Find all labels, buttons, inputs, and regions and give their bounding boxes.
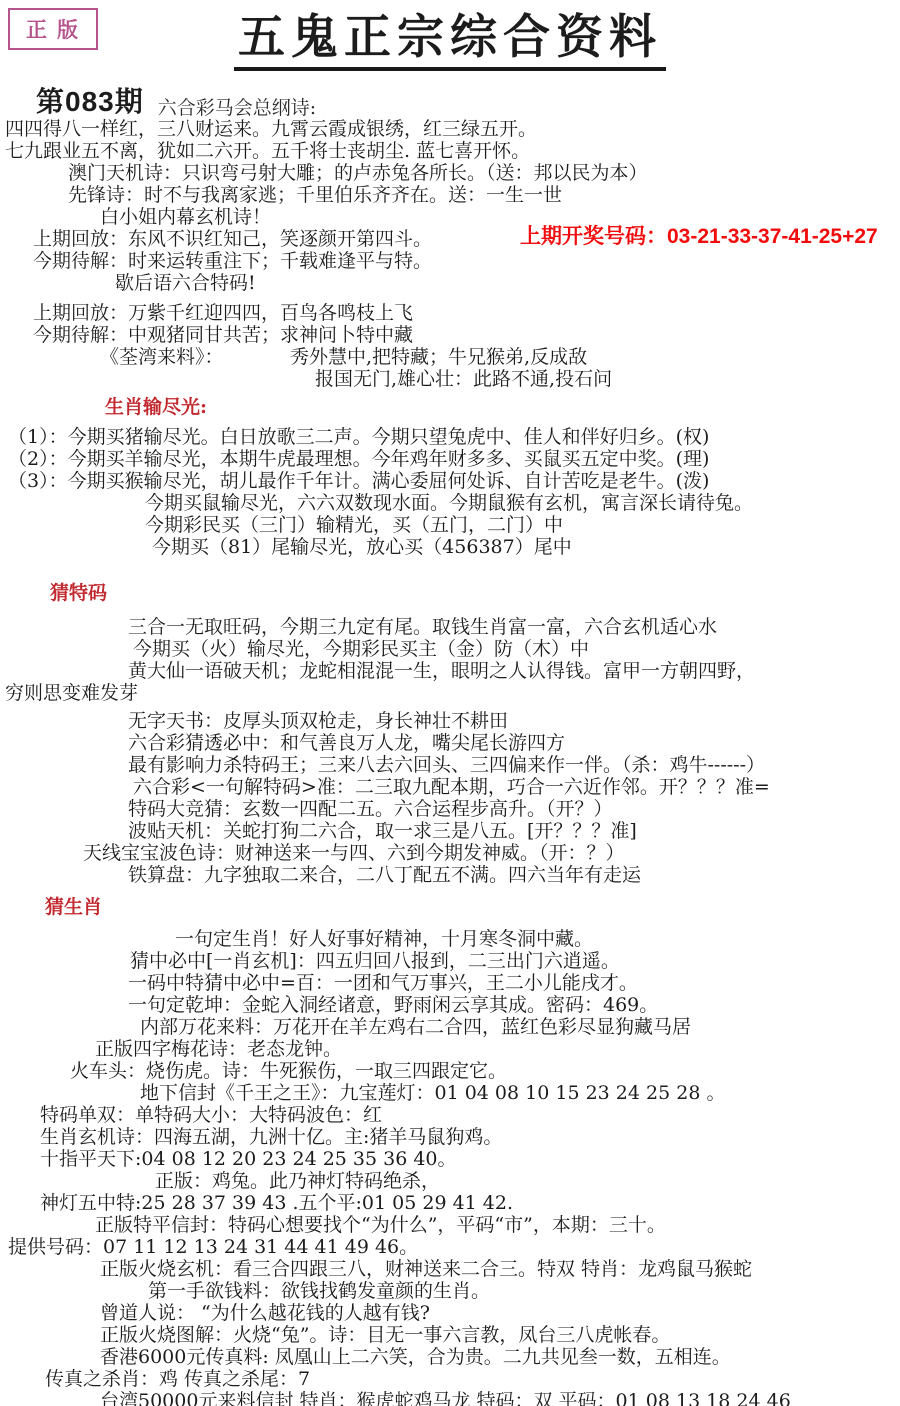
text-line: 三合一无取旺码，今期三九定有尾。取钱生肖富一富，六合玄机适心水	[0, 616, 900, 638]
text-line: 正版火烧玄机：看三合四跟三八，财神送来二合三。特双 特肖：龙鸡鼠马猴蛇	[0, 1258, 900, 1280]
text-line: 一句定乾坤：金蛇入洞经诸意，野雨闲云享其成。密码：469。	[0, 994, 900, 1016]
text-line: 正版火烧图解：火烧“兔”。诗：目无一事六言教，凤台三八虎帐春。	[0, 1324, 900, 1346]
text-line: 澳门天机诗：只识弯弓射大雕；的卢赤兔各所长。（送：邦以民为本）	[0, 162, 900, 184]
text-line: 今期买鼠输尽光，六六双数现水面。今期鼠猴有玄机，寓言深长请待兔。	[0, 492, 900, 514]
text-line: 正版四字梅花诗：老态龙钟。	[0, 1038, 900, 1060]
header: 五鬼正宗综合资料	[0, 0, 900, 88]
text-line: 正版：鸡兔。此乃神灯特码绝杀，	[0, 1170, 900, 1192]
text-line: 上期回放：东风不识红知己，笑逐颜开第四斗。上期开奖号码：03-21-33-37-…	[0, 228, 900, 250]
text-line: 今期待解：中观猪同甘共苦；求神问卜特中藏	[0, 324, 900, 346]
text-line: 六合彩<一句解特码>准：二三取九配本期，巧合一六近作邻。开？？？准=	[0, 776, 900, 798]
last-draw-numbers: 上期开奖号码：03-21-33-37-41-25+27	[520, 226, 878, 248]
issue-intro-label: 六合彩马会总纲诗:	[158, 93, 316, 120]
text-line: 一码中特猜中必中=百：一团和气万事兴，王二小儿能戌才。	[0, 972, 900, 994]
text-line: 特码大竞猜：玄数一四配二五。六合运程步高升。（开？）	[0, 798, 900, 820]
text-line: 先锋诗：时不与我离家逃；千里伯乐齐齐在。送：一生一世	[0, 184, 900, 206]
section-heading: 猜生肖	[0, 896, 900, 918]
text-line: 《荃湾来料》： 秀外慧中,把特藏；牛兄猴弟,反成敌	[0, 346, 900, 368]
text-line: 波贴天机：关蛇打狗二六合，取一求三是八五。[开？？？准]	[0, 820, 900, 842]
issue-row: 第083期 六合彩马会总纲诗:	[0, 80, 900, 114]
text-line: （3）：今期买猴输尽光，胡儿最作千年计。满心委屈何处诉、自计苦吃是老牛。(泼)	[0, 470, 900, 492]
text-line: 特码单双：单特码大小：大特码波色：红	[0, 1104, 900, 1126]
text-line: 十指平天下:04 08 12 20 23 24 25 35 36 40。	[0, 1148, 900, 1170]
text-line: 黄大仙一语破天机；龙蛇相混混一生，眼明之人认得钱。富甲一方朝四野，	[0, 660, 900, 682]
text-line: 天线宝宝波色诗：财神送来一与四、六到今期发神威。（开：？）	[0, 842, 900, 864]
text-line: 猜中必中[一肖玄机]：四五归回八报到，二三出门六逍遥。	[0, 950, 900, 972]
text-line: 生肖玄机诗：四海五湖，九洲十亿。主:猪羊马鼠狗鸡。	[0, 1126, 900, 1148]
text-line: 最有影响力杀特码王；三来八去六回头、三四偏来作一伴。（杀：鸡牛------）	[0, 754, 900, 776]
text-line: 传真之杀肖：鸡 传真之杀尾：7	[0, 1368, 900, 1390]
text-line: 内部万花来料：万花开在羊左鸡右二合四，蓝红色彩尽显狗藏马居	[0, 1016, 900, 1038]
text-line: 今期买（81）尾输尽光，放心买（456387）尾中	[0, 536, 900, 558]
text-line: 火车头：烧伤虎。诗：牛死猴伤，一取三四跟定它。	[0, 1060, 900, 1082]
text-line: 地下信封《千王之王》：九宝莲灯：01 04 08 10 15 23 24 25 …	[0, 1082, 900, 1104]
text-line: 第一手欲钱料：欲钱找鹤发童颜的生肖。	[0, 1280, 900, 1302]
text-line: 今期彩民买（三门）输精光，买（五门，二门）中	[0, 514, 900, 536]
authentic-badge: 正版	[8, 8, 98, 50]
text-line: （2）：今期买羊输尽光，本期牛虎最理想。今年鸡年财多多、买鼠买五定中奖。(理)	[0, 448, 900, 470]
text-line: 歇后语六合特码!	[0, 272, 900, 294]
text-line: 穷则思变难发芽	[0, 682, 900, 704]
text-line: 上期回放：万紫千红迎四四，百鸟各鸣枝上飞	[0, 302, 900, 324]
text-line: 提供号码：07 11 12 13 24 31 44 41 49 46。	[0, 1236, 900, 1258]
text-line: 报国无门,雄心壮：此路不通,投石问	[0, 368, 900, 390]
lines: 四四得八一样红，三八财运来。九霄云霞成银绣，红三绿五开。七九跟业五不离，犹如二六…	[0, 118, 900, 1406]
text-line: 四四得八一样红，三八财运来。九霄云霞成银绣，红三绿五开。	[0, 118, 900, 140]
text-line: 今期买（火）输尽光，今期彩民买主（金）防（木）中	[0, 638, 900, 660]
text-line: 正版特平信封：特码心想要找个“为什么”，平码“市”，本期：三十。	[0, 1214, 900, 1236]
issue-number: 第083期	[36, 80, 144, 120]
section-heading: 猜特码	[0, 582, 900, 604]
text-line: 铁算盘：九字独取二来合，二八丁配五不满。四六当年有走运	[0, 864, 900, 886]
text-line: 台湾50000元来料信封 特肖：猴虎蛇鸡马龙 特码：双 平码：01 08 13 …	[0, 1390, 900, 1406]
text-line: 无字天书：皮厚头顶双枪走，身长神壮不耕田	[0, 710, 900, 732]
text-line: 六合彩猜透必中：和气善良万人龙，嘴尖尾长游四方	[0, 732, 900, 754]
text-line: 今期待解：时来运转重注下；千载难逢平与特。	[0, 250, 900, 272]
text-line: 一句定生肖！好人好事好精神，十月寒冬洞中藏。	[0, 928, 900, 950]
text-line: 曾道人说： “为什么越花钱的人越有钱?	[0, 1302, 900, 1324]
page: { "badge_label": "正版", "title": "五鬼正宗综合资…	[0, 0, 900, 1406]
text-line: （1）：今期买猪输尽光。白日放歌三二声。今期只望兔虎中、佳人和伴好归乡。(权)	[0, 426, 900, 448]
section-heading: 生肖输尽光:	[0, 396, 900, 418]
text-line: 香港6000元传真料: 凤凰山上二六笑，合为贵。二九共见叁一数，五相连。	[0, 1346, 900, 1368]
page-title: 五鬼正宗综合资料	[234, 12, 666, 71]
text-line: 七九跟业五不离，犹如二六开。五千将士丧胡尘. 蓝七喜开怀。	[0, 140, 900, 162]
text-line: 神灯五中特:25 28 37 39 43 .五个平:01 05 29 41 42…	[0, 1192, 900, 1214]
